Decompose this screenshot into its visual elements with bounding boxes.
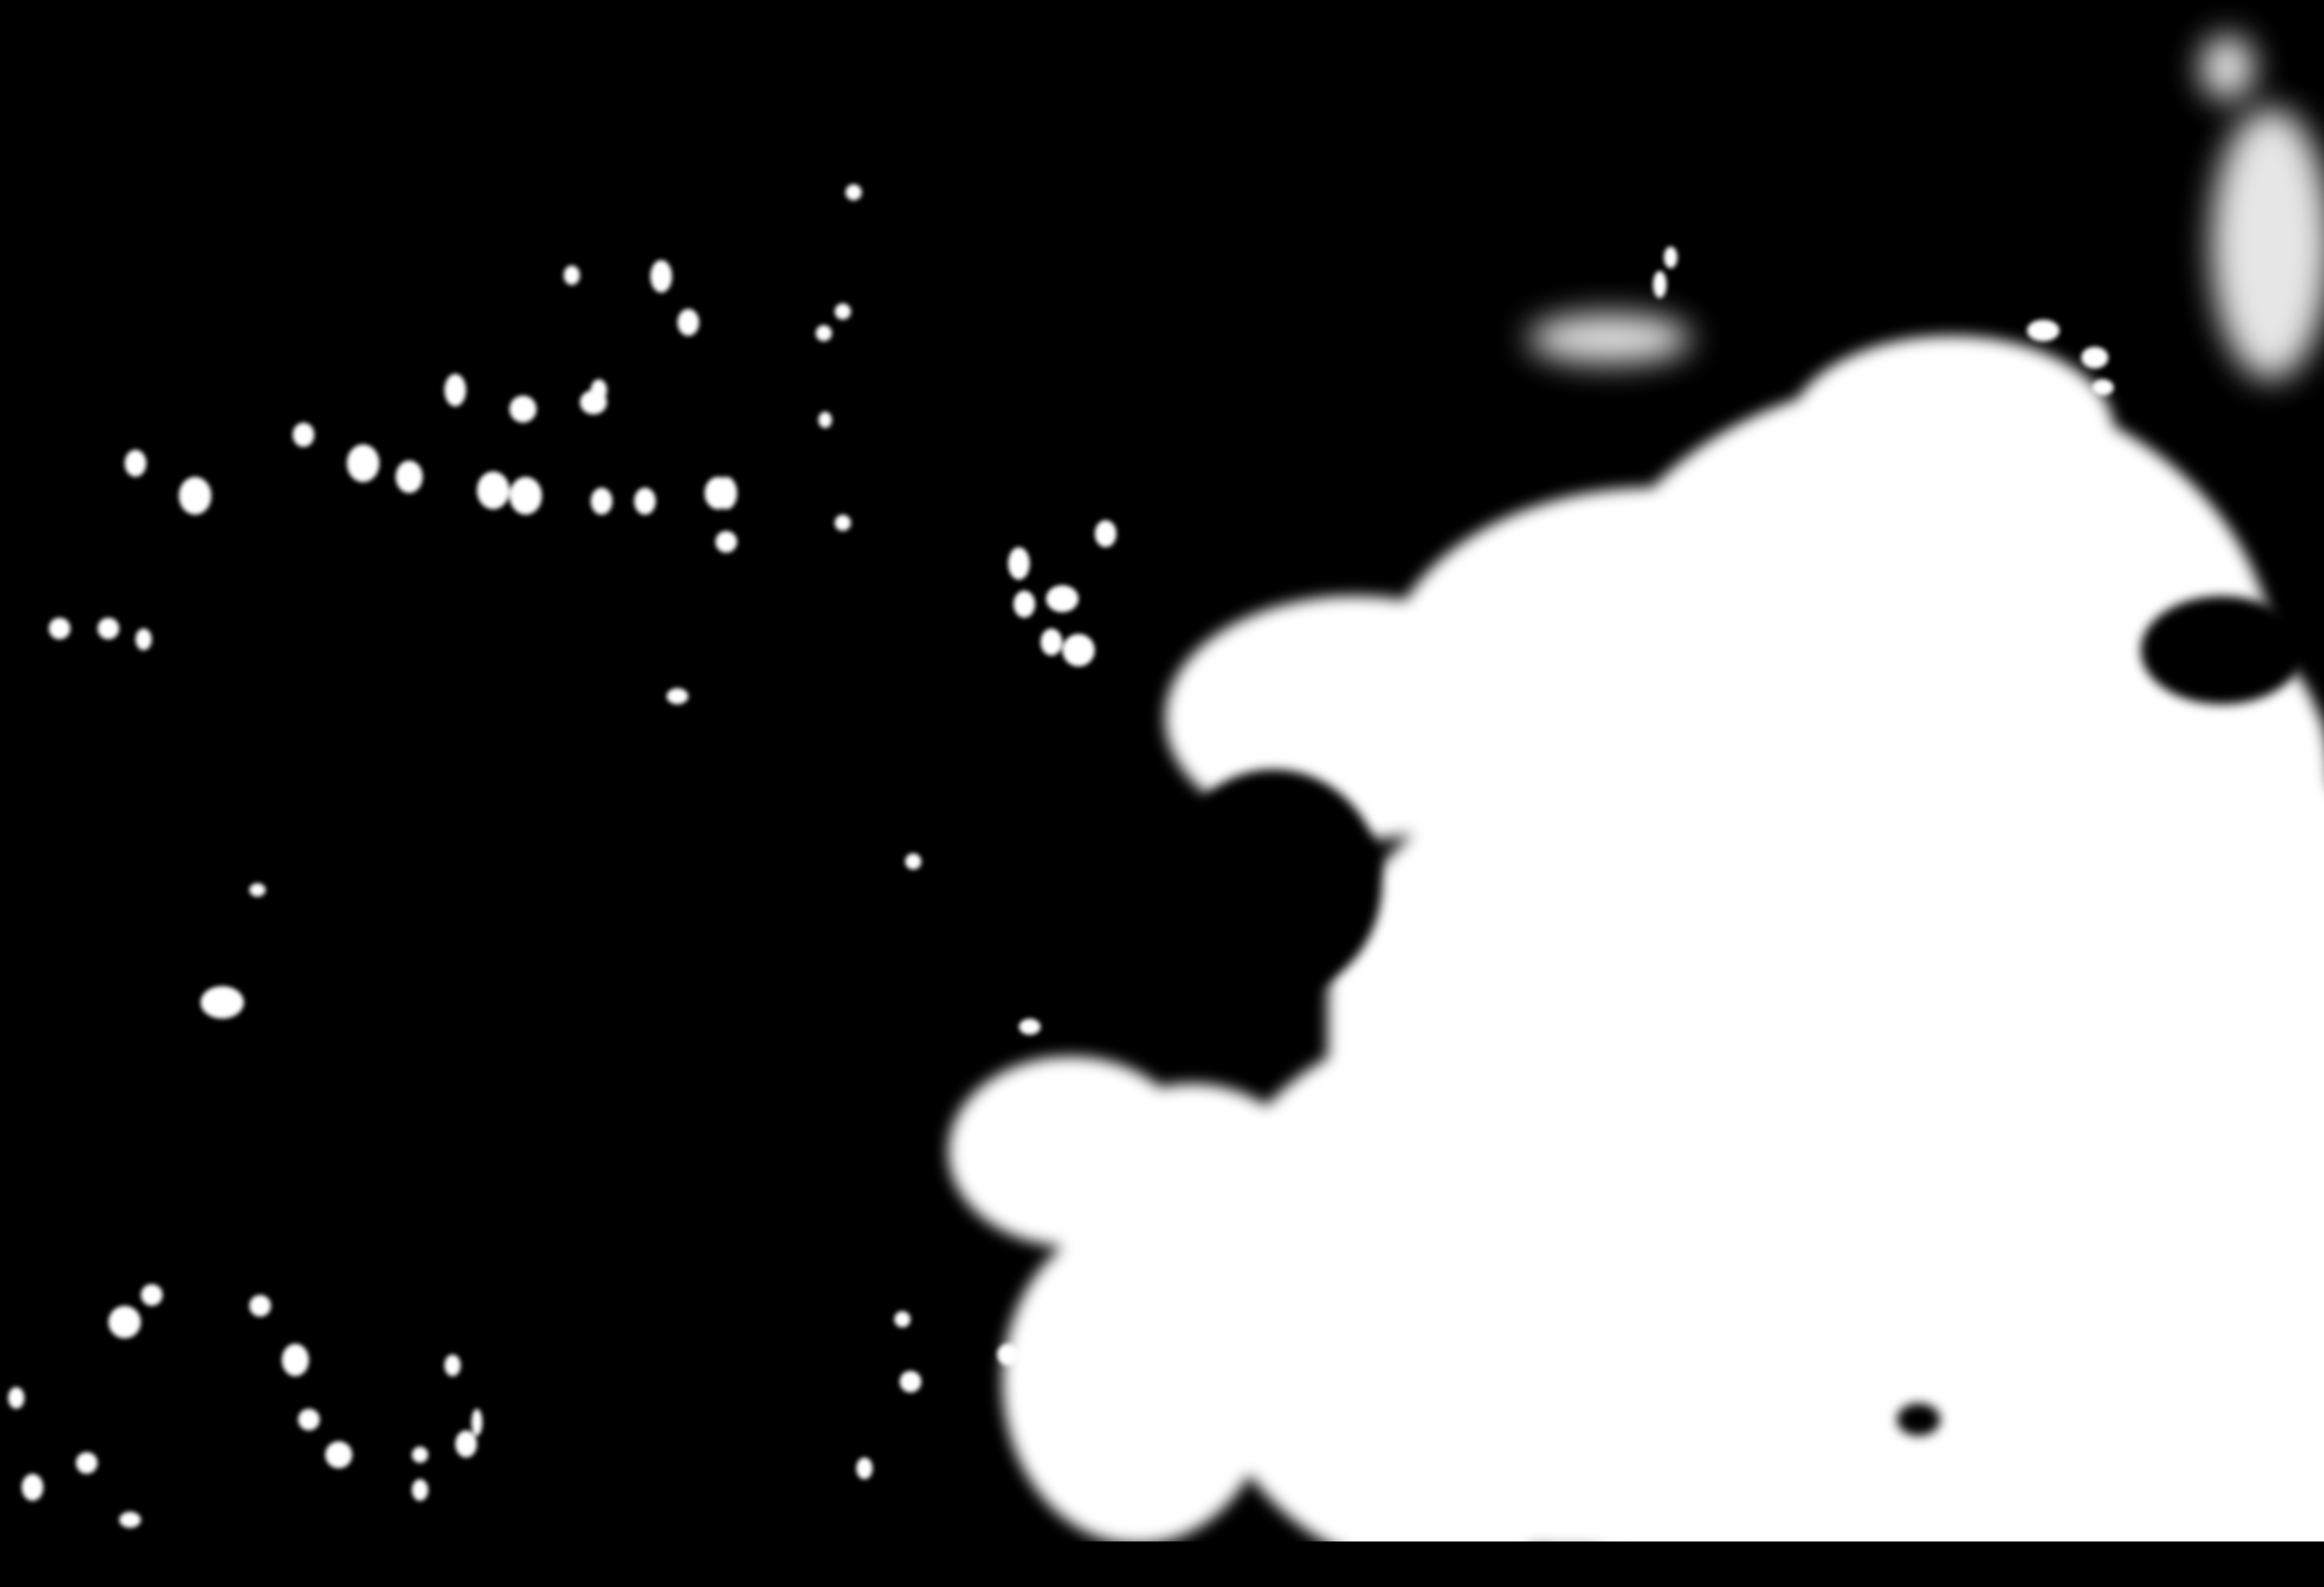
scattered-cumulus [0,0,2324,1587]
bottom-dark-band [0,1541,2324,1587]
satellite-cloud-image [0,0,2324,1587]
